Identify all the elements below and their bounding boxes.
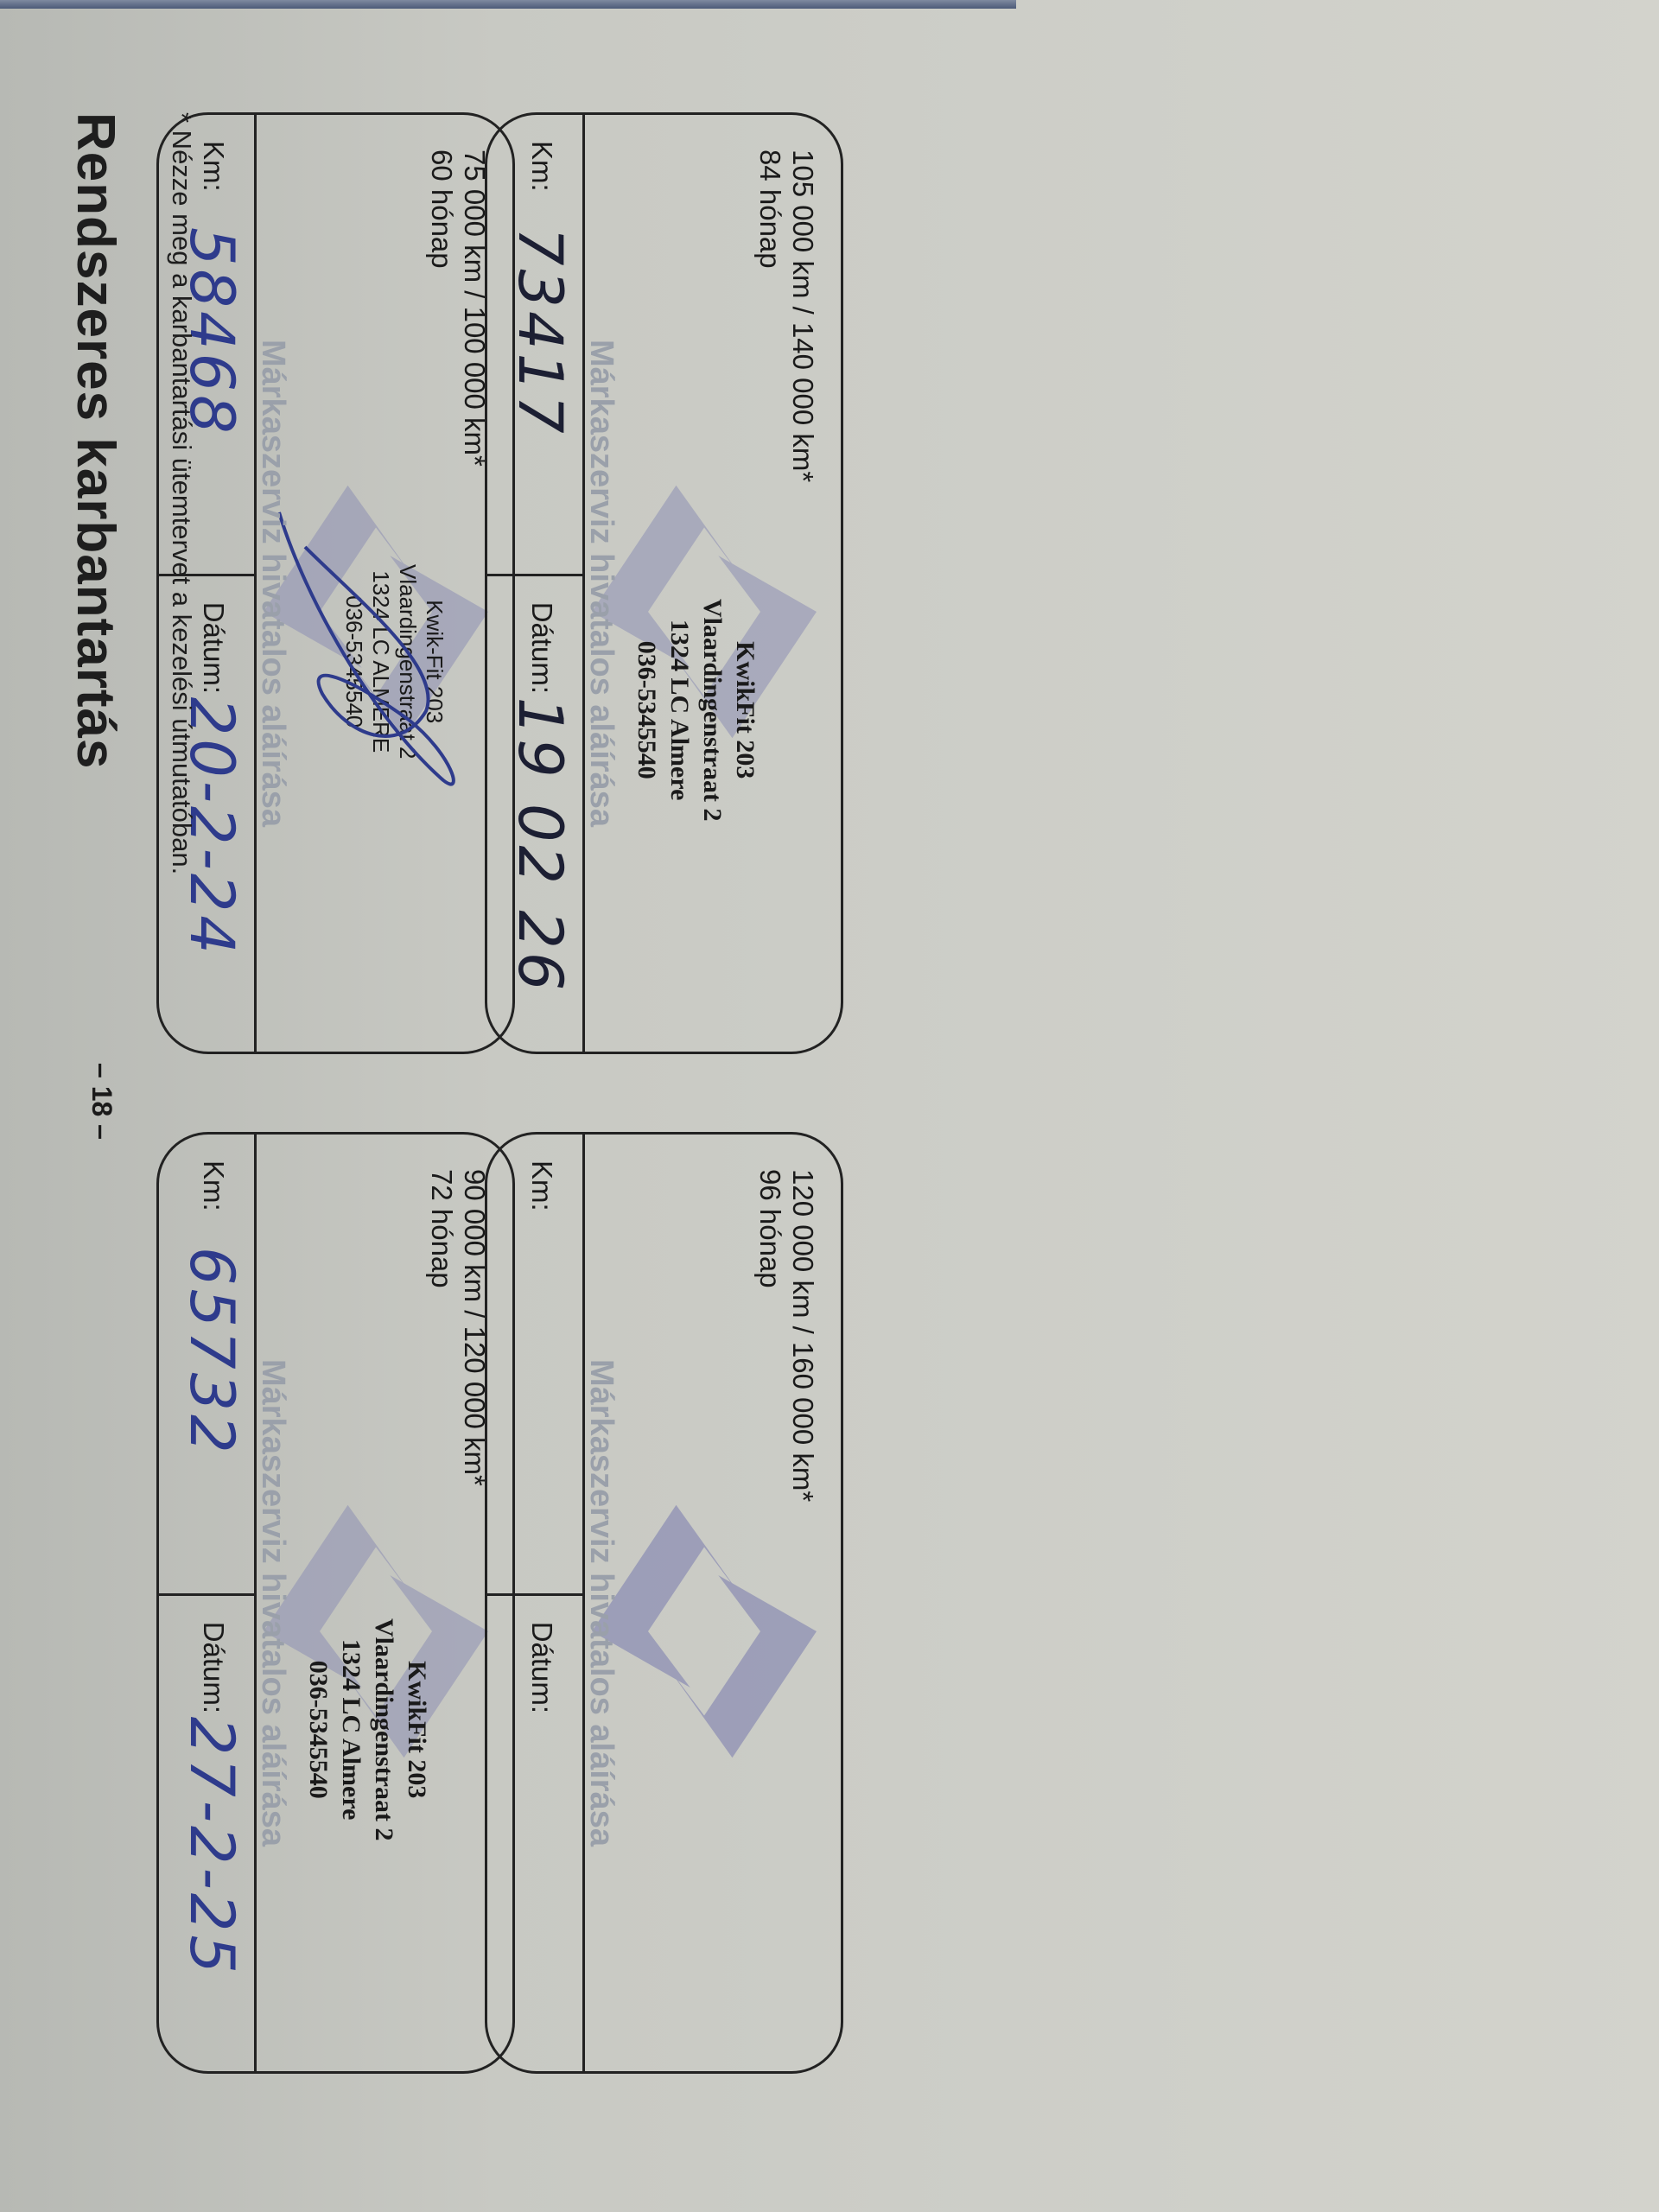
signature-label: Márkaszerviz hivatalos aláírása — [254, 115, 291, 1052]
date-field[interactable]: Dátum: 19 02 26 — [487, 574, 582, 1052]
date-field[interactable]: Dátum: 27-2-25 — [159, 1593, 254, 2071]
km-field[interactable]: Km: 65732 — [159, 1135, 254, 1593]
km-field[interactable]: Km: — [487, 1135, 582, 1593]
dealer-stamp: KwikFit 203 Vlaardingenstraat 2 1324 LC … — [630, 599, 761, 822]
maintenance-page: Rendszeres karbantartás 75 000 km / 100 … — [0, 0, 1016, 2212]
signature-scribble-icon — [262, 495, 478, 806]
brand-logo-icon — [592, 1489, 817, 1774]
signature-label: Márkaszerviz hivatalos aláírása — [582, 115, 620, 1052]
date-value: 27-2-25 — [176, 1717, 247, 1977]
km-field[interactable]: Km: 73417 — [487, 115, 582, 574]
date-field[interactable]: Dátum: — [487, 1593, 582, 2071]
card-fields: Km: Dátum: — [487, 1135, 585, 2071]
card-fields: Km: 65732 Dátum: 27-2-25 — [159, 1135, 257, 2071]
months-label: 60 hónap — [424, 149, 459, 269]
maintenance-card-120000: 120 000 km / 160 000 km* 96 hónap Márkas… — [485, 1132, 843, 2074]
signature-label: Márkaszerviz hivatalos aláírása — [582, 1135, 620, 2071]
dealer-stamp: KwikFit 203 Vlaardingenstraat 2 1324 LC … — [302, 1618, 433, 1841]
months-label: 84 hónap — [753, 149, 787, 269]
km-value: 73417 — [505, 227, 575, 437]
months-label: 72 hónap — [424, 1169, 459, 1288]
footnote: * Nézze meg a karbantartási ütemtervet a… — [166, 112, 197, 874]
months-label: 96 hónap — [753, 1169, 787, 1288]
interval-label: 120 000 km / 160 000 km* — [785, 1169, 820, 1502]
page-number: – 18 – — [86, 1063, 118, 1140]
page-title: Rendszeres karbantartás — [65, 112, 126, 769]
interval-label: 105 000 km / 140 000 km* — [785, 149, 820, 482]
km-value: 65732 — [176, 1247, 247, 1457]
maintenance-card-90000: 90 000 km / 120 000 km* 72 hónap KwikFit… — [156, 1132, 515, 2074]
maintenance-card-75000: 75 000 km / 100 000 km* 60 hónap Kwik-Fi… — [156, 112, 515, 1054]
signature-label: Márkaszerviz hivatalos aláírása — [254, 1135, 291, 2071]
maintenance-card-105000: 105 000 km / 140 000 km* 84 hónap KwikFi… — [485, 112, 843, 1054]
card-fields: Km: 73417 Dátum: 19 02 26 — [487, 115, 585, 1052]
date-value: 19 02 26 — [505, 697, 575, 995]
